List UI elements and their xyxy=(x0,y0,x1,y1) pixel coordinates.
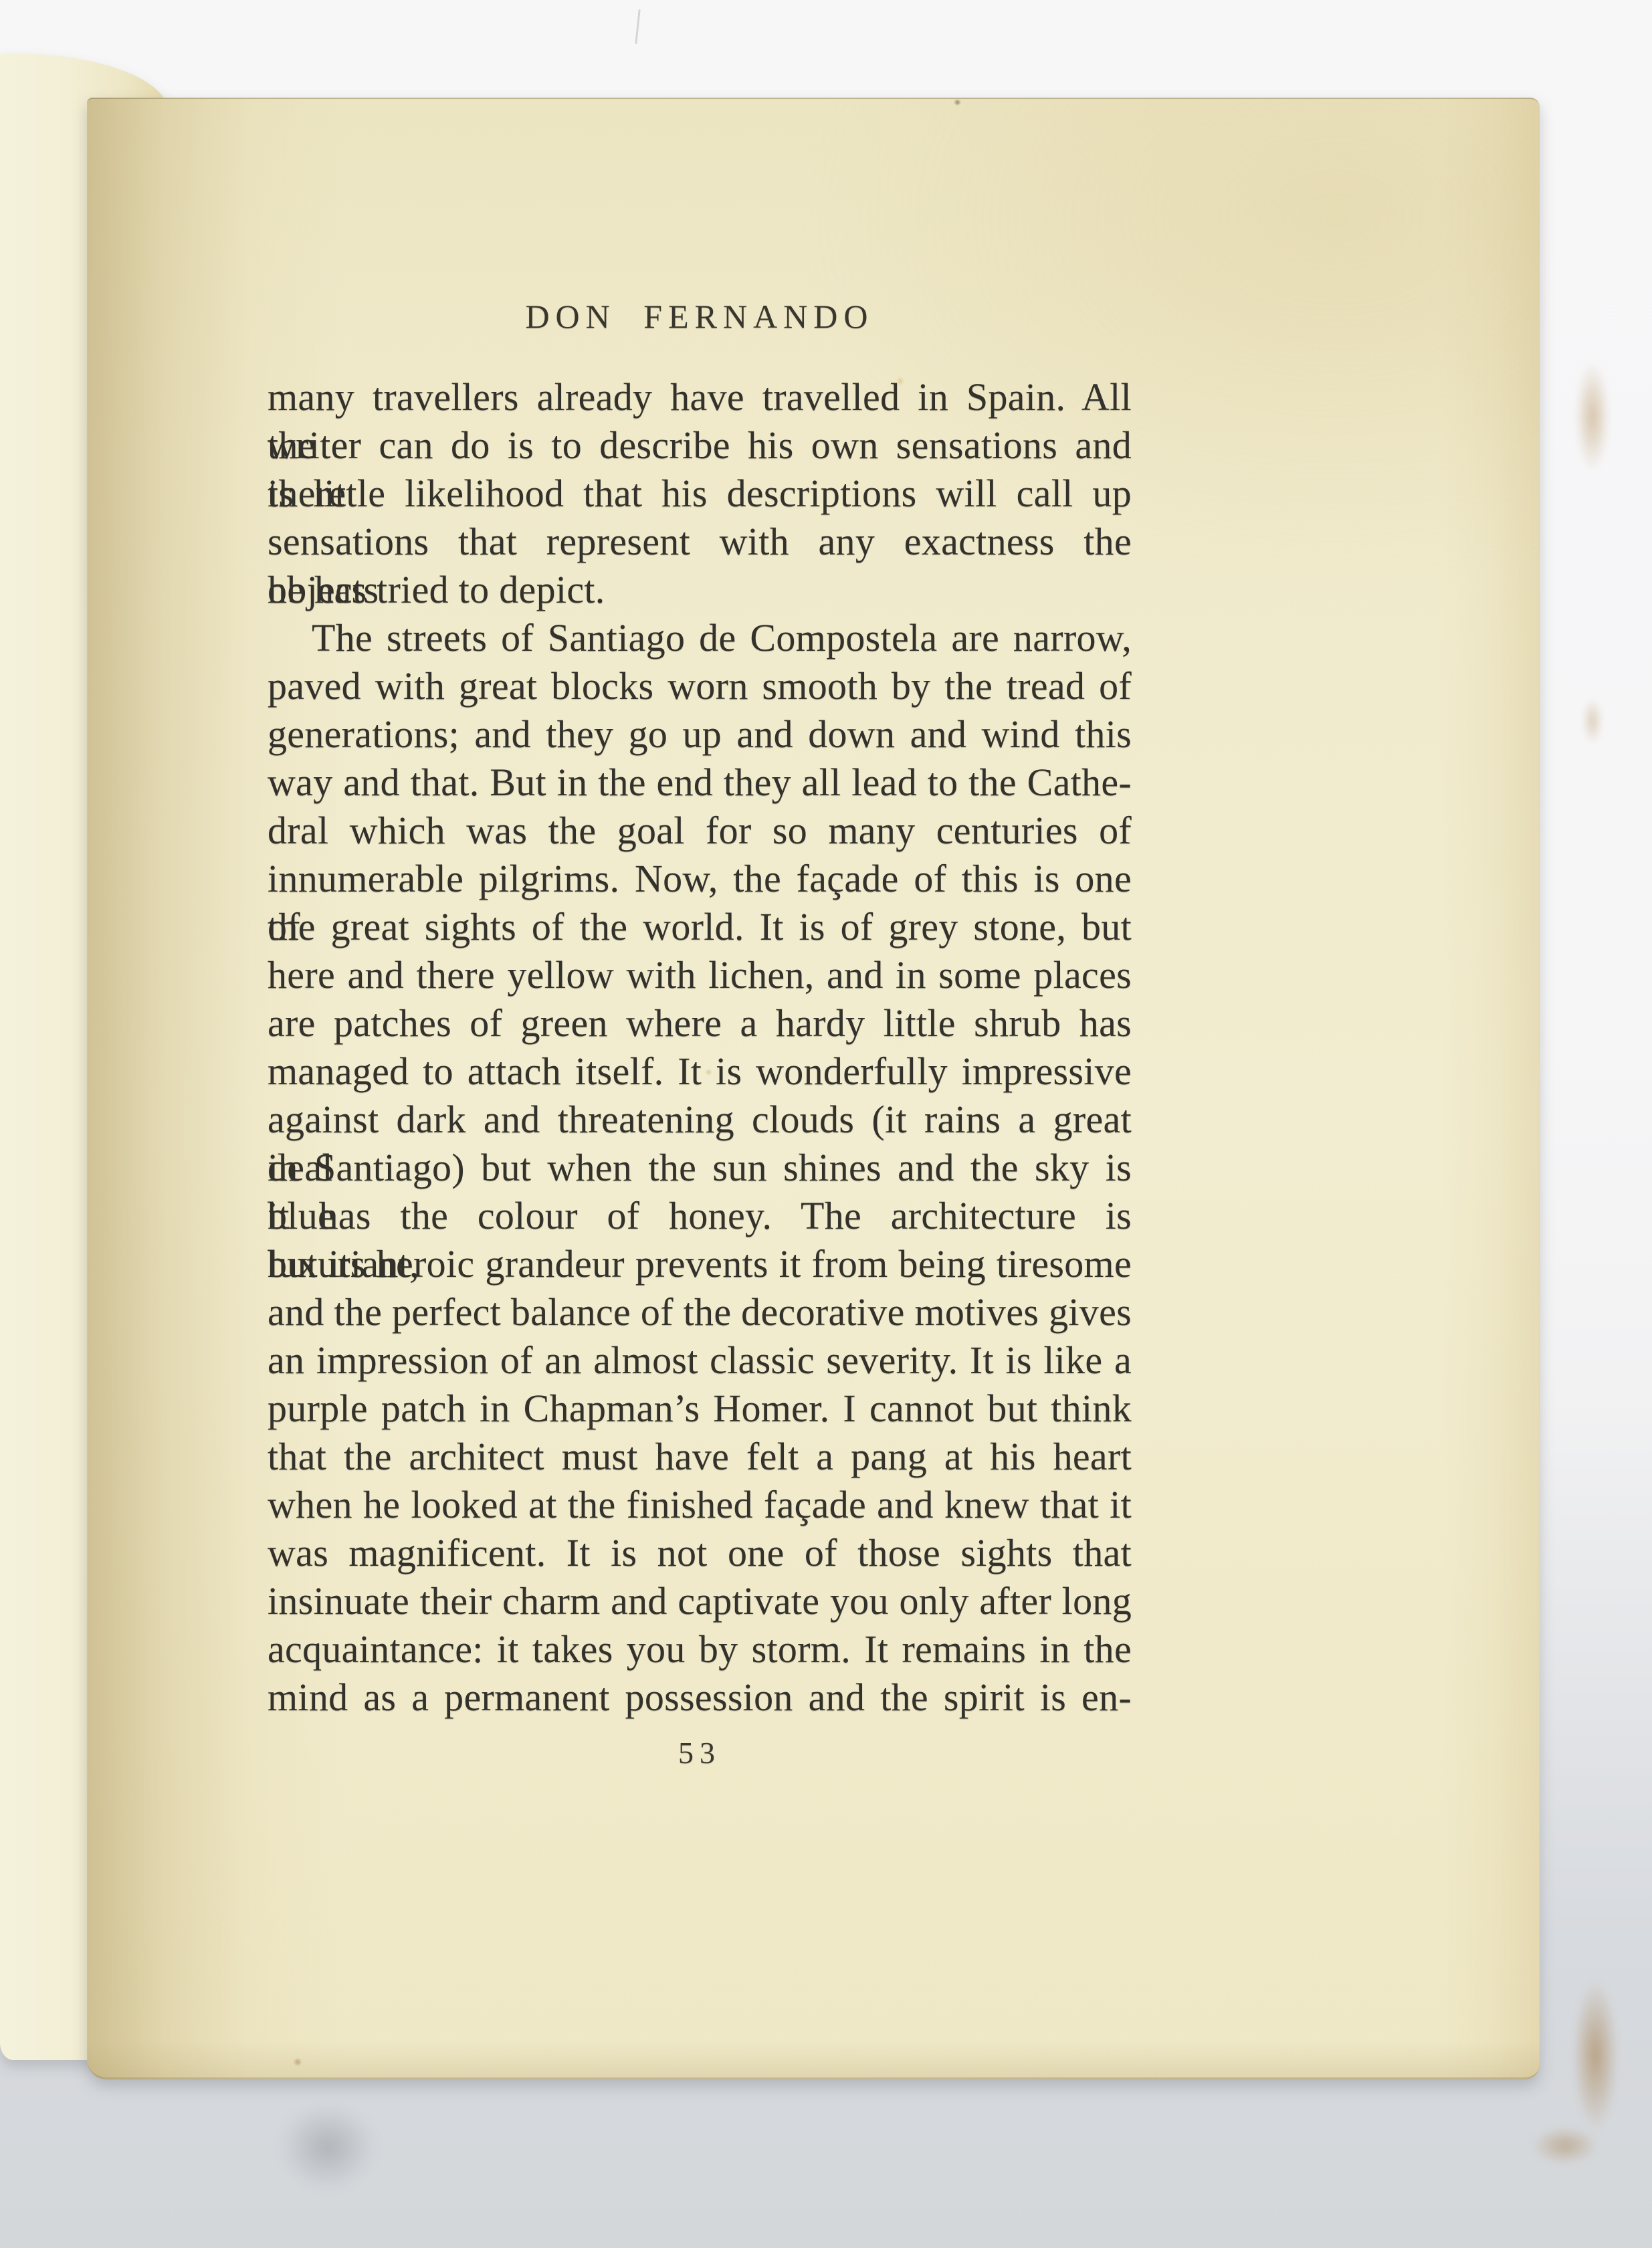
text-line: many travellers already have travelled i… xyxy=(268,373,1132,421)
foxing-stain xyxy=(1577,688,1608,754)
text-line: but its heroic grandeur prevents it from… xyxy=(268,1240,1132,1288)
text-line: dral which was the goal for so many cent… xyxy=(268,807,1132,855)
text-line: are patches of green where a hardy littl… xyxy=(268,999,1132,1047)
dust-hair xyxy=(635,9,640,44)
text-line: way and that. But in the end they all le… xyxy=(268,758,1132,807)
text-line: acquaintance: it takes you by storm. It … xyxy=(268,1625,1132,1673)
book-page: DON FERNANDO many travellers already hav… xyxy=(87,98,1540,2079)
text-line: was magnificent. It is not one of those … xyxy=(268,1529,1132,1577)
text-line: that the architect must have felt a pang… xyxy=(268,1433,1132,1481)
text-line: generations; and they go up and down and… xyxy=(268,710,1132,758)
text-line: is little likelihood that his descriptio… xyxy=(268,470,1132,518)
text-line: in Santiago) but when the sun shines and… xyxy=(268,1144,1132,1192)
text-line: mind as a permanent possession and the s… xyxy=(268,1673,1132,1722)
photo-background: DON FERNANDO many travellers already hav… xyxy=(0,0,1652,2248)
text-line: here and there yellow with lichen, and i… xyxy=(268,951,1132,999)
text-line: sensations that represent with any exact… xyxy=(268,518,1132,566)
text-line: paved with great blocks worn smooth by t… xyxy=(268,662,1132,710)
text-line: an impression of an almost classic sever… xyxy=(268,1336,1132,1385)
text-line: the great sights of the world. It is of … xyxy=(268,903,1132,951)
foxing-stain xyxy=(1564,1952,1627,2159)
text-line: The streets of Santiago de Compostela ar… xyxy=(268,614,1132,662)
paper-fleck xyxy=(292,2056,304,2068)
background-smudge xyxy=(261,2087,395,2207)
text-line: writer can do is to describe his own sen… xyxy=(268,421,1132,470)
text-line: innumerable pilgrims. Now, the façade of… xyxy=(268,855,1132,903)
text-line: purple patch in Chapman’s Homer. I canno… xyxy=(268,1385,1132,1433)
body-text: many travellers already have travelled i… xyxy=(268,373,1132,1722)
text-line: and the perfect balance of the decorativ… xyxy=(268,1288,1132,1336)
text-line: it has the colour of honey. The architec… xyxy=(268,1192,1132,1240)
running-head-title: DON FERNANDO xyxy=(268,297,1132,336)
text-line: managed to attach itself. It is wonderfu… xyxy=(268,1047,1132,1096)
foxing-stain xyxy=(1518,2119,1612,2172)
text-line: he has tried to depict. xyxy=(268,566,1132,614)
page-number: 53 xyxy=(268,1735,1132,1770)
text-line: against dark and threatening clouds (it … xyxy=(268,1096,1132,1144)
foxing-stain xyxy=(1568,340,1617,494)
text-line: when he looked at the finished façade an… xyxy=(268,1481,1132,1529)
text-line: insinuate their charm and captivate you … xyxy=(268,1577,1132,1625)
